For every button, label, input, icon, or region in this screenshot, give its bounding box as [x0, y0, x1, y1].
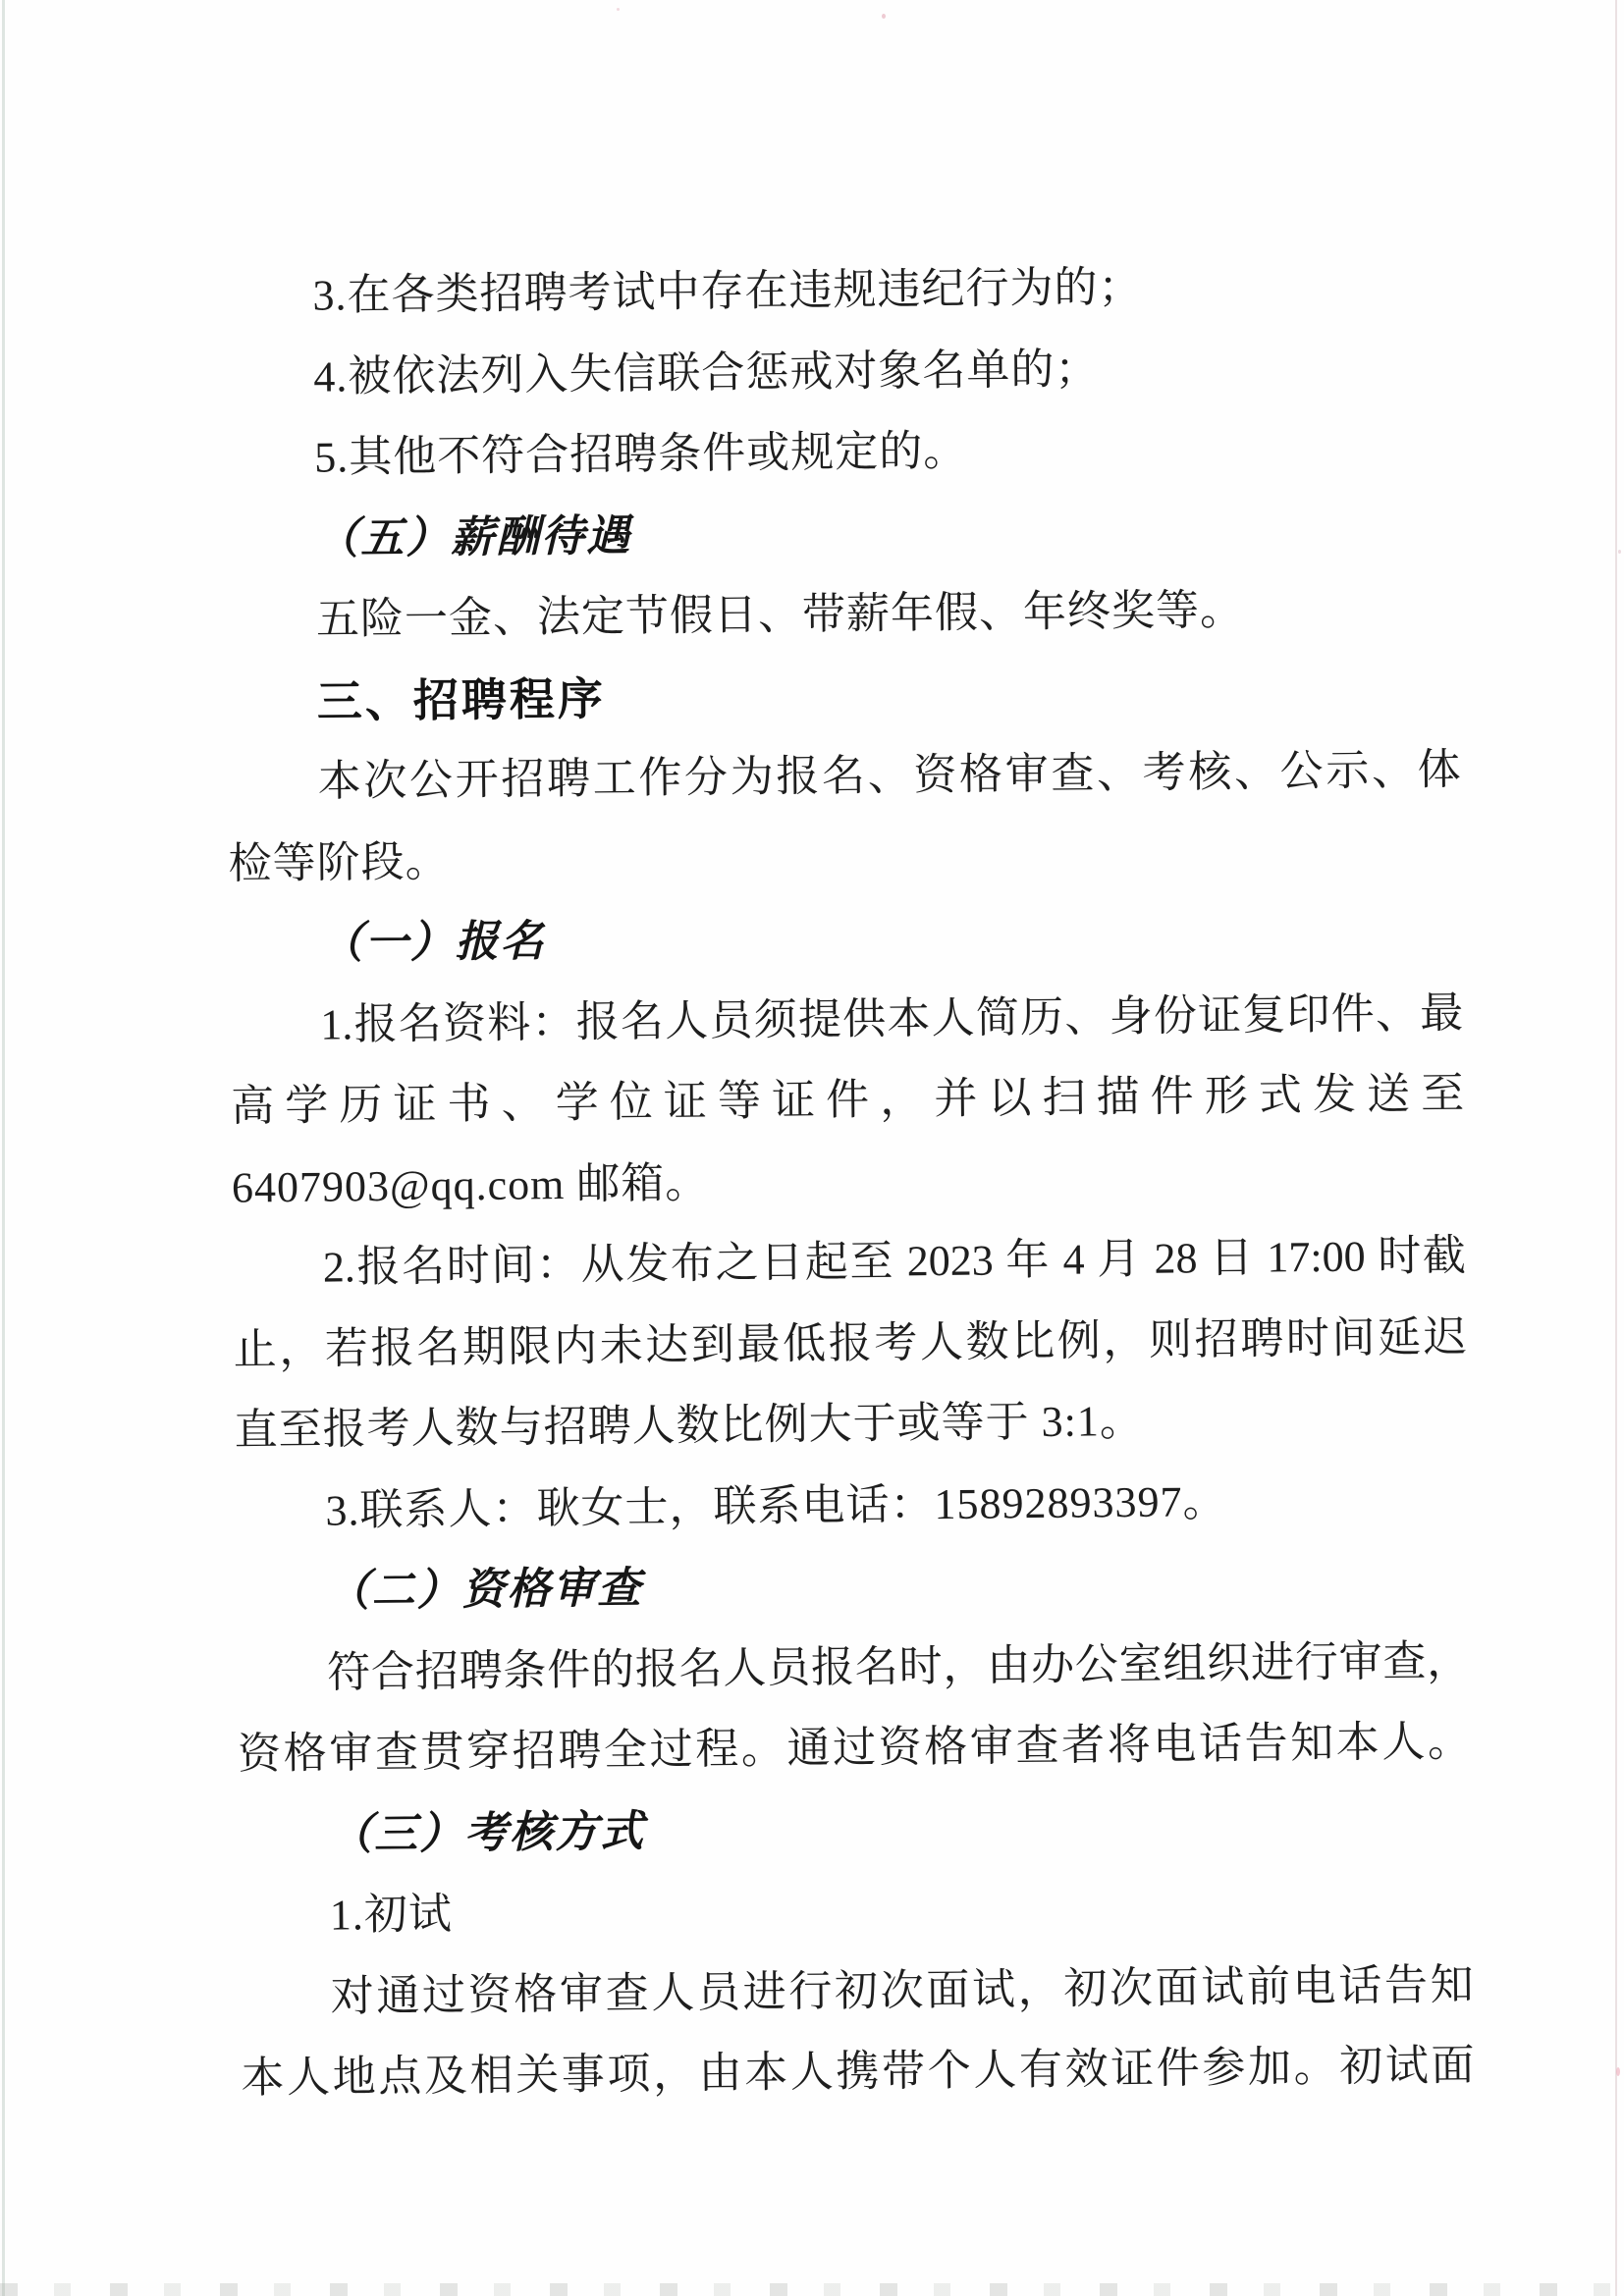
- text-line: 2.报名时间：从发布之日起至 2023 年 4 月 28 日 17:00 时截: [232, 1215, 1466, 1309]
- text-line: 3.在各类招聘考试中存在违规违纪行为的；: [222, 243, 1456, 338]
- heading-qualification-review: （二）资格审查: [236, 1539, 1470, 1633]
- scan-edge-artifact-left: [2, 0, 5, 2296]
- text-line: 五险一金、法定节假日、带薪年假、年终奖等。: [226, 567, 1460, 662]
- document-body: 3.在各类招聘考试中存在违规违纪行为的； 4.被依法列入失信联合惩戒对象名单的；…: [222, 243, 1475, 2119]
- text-line: 1.报名资料：报名人员须提供本人简历、身份证复印件、最: [230, 973, 1464, 1067]
- heading-recruitment-procedure: 三、招聘程序: [226, 649, 1460, 743]
- scan-speck: [1618, 550, 1621, 554]
- text-line: 4.被依法列入失信联合惩戒对象名单的；: [223, 325, 1457, 419]
- heading-registration: （一）报名: [229, 891, 1463, 986]
- text-line: 资格审查贯穿招聘全过程。通过资格审查者将电话告知本人。: [238, 1701, 1472, 1795]
- text-line: 1.初试: [239, 1863, 1473, 1957]
- scan-edge-artifact-right: [1615, 0, 1617, 2296]
- text-line: 直至报考人数与招聘人数比例大于或等于 3:1。: [234, 1377, 1468, 1471]
- scan-bottom-noise: [0, 2283, 1624, 2296]
- text-line: 符合招聘条件的报名人员报名时，由办公室组织进行审查，: [237, 1621, 1471, 1715]
- text-line-contact: 3.联系人：耿女士，联系电话：15892893397。: [235, 1459, 1469, 1553]
- heading-assessment-method: （三）考核方式: [239, 1783, 1473, 1877]
- text-line: 对通过资格审查人员进行初次面试，初次面试前电话告知: [240, 1945, 1474, 2039]
- scan-speck: [882, 14, 886, 19]
- text-line: 5.其他不符合招聘条件或规定的。: [224, 405, 1458, 500]
- text-line: 止，若报名期限内未达到最低报考人数比例，则招聘时间延迟: [233, 1297, 1467, 1391]
- document-page: 3.在各类招聘考试中存在违规违纪行为的； 4.被依法列入失信联合惩戒对象名单的；…: [0, 0, 1624, 2296]
- text-line: 高学历证书、学位证等证件，并以扫描件形式发送至: [231, 1053, 1465, 1148]
- text-line-email: 6407903@qq.com 邮箱。: [232, 1135, 1466, 1229]
- text-line: 本次公开招聘工作分为报名、资格审查、考核、公示、体: [227, 729, 1461, 824]
- text-line: 本人地点及相关事项，由本人携带个人有效证件参加。初试面: [241, 2025, 1475, 2119]
- scan-speck: [617, 8, 620, 11]
- text-line: 检等阶段。: [228, 811, 1462, 905]
- scan-speck: [1616, 2067, 1620, 2076]
- heading-salary-benefits: （五）薪酬待遇: [225, 487, 1459, 581]
